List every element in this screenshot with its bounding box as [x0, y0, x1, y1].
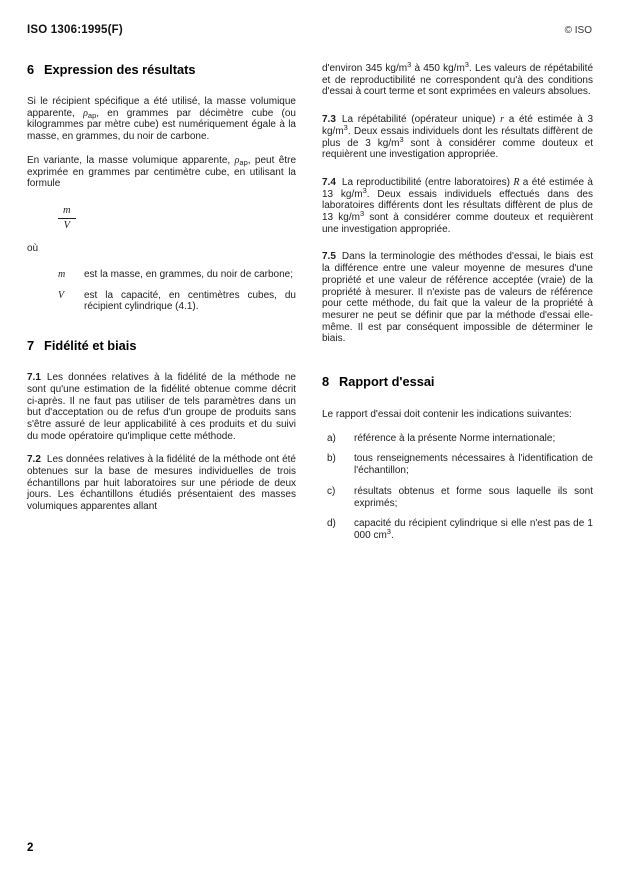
paragraph-6-2: En variante, la masse volumique apparent…: [27, 155, 296, 190]
formula-m-over-v: m V: [58, 205, 296, 231]
list-item-text: résultats obtenus et forme sous laquelle…: [354, 486, 593, 509]
list-item-text: tous renseignements nécessaires à l'iden…: [354, 453, 593, 476]
list-item-label: a): [327, 433, 354, 445]
fraction-numerator: m: [58, 205, 76, 219]
definition-v: V est la capacité, en centimètres cubes,…: [27, 290, 296, 313]
section-title: Rapport d'essai: [339, 374, 435, 389]
left-column: 6Expression des résultats Si le récipien…: [27, 63, 296, 525]
definition-m: m est la masse, en grammes, du noir de c…: [27, 269, 296, 281]
section-number: 6: [27, 63, 44, 77]
paragraph-7-4: 7.4La reproductibilité (entre laboratoir…: [322, 177, 593, 236]
paragraph-7-2: 7.2Les données relatives à la fidélité d…: [27, 454, 296, 513]
list-item-text: référence à la présente Norme internatio…: [354, 433, 593, 445]
section-title: Expression des résultats: [44, 62, 196, 77]
paragraph-7-1: 7.1Les données relatives à la fidélité d…: [27, 372, 296, 442]
paragraph-7-2-continuation: d'environ 345 kg/m3 à 450 kg/m3. Les val…: [322, 63, 593, 98]
report-item-a: a) référence à la présente Norme interna…: [322, 433, 593, 445]
report-item-b: b) tous renseignements nécessaires à l'i…: [322, 453, 593, 476]
section-number: 8: [322, 375, 339, 389]
definition-term: V: [58, 290, 84, 313]
report-intro: Le rapport d'essai doit contenir les ind…: [322, 409, 593, 421]
section-7-heading: 7Fidélité et biais: [27, 339, 296, 353]
where-label: où: [27, 243, 296, 255]
right-column: d'environ 345 kg/m3 à 450 kg/m3. Les val…: [322, 63, 593, 551]
fraction: m V: [58, 205, 76, 231]
document-reference: ISO 1306:1995(F): [27, 24, 123, 36]
copyright-notice: © ISO: [565, 25, 592, 36]
document-page: ISO 1306:1995(F) © ISO 6Expression des r…: [0, 0, 619, 876]
section-8-heading: 8Rapport d'essai: [322, 375, 593, 389]
list-item-label: b): [327, 453, 354, 476]
report-item-c: c) résultats obtenus et forme sous laque…: [322, 486, 593, 509]
report-item-d: d) capacité du récipient cylindrique si …: [322, 518, 593, 541]
paragraph-6-1: Si le récipient spécifique a été utilisé…: [27, 96, 296, 143]
paragraph-7-3: 7.3La répétabilité (opérateur unique) r …: [322, 114, 593, 161]
paragraph-7-5: 7.5Dans la terminologie des méthodes d'e…: [322, 251, 593, 345]
section-title: Fidélité et biais: [44, 338, 136, 353]
fraction-denominator: V: [58, 219, 76, 232]
section-6-heading: 6Expression des résultats: [27, 63, 296, 77]
list-item-text: capacité du récipient cylindrique si ell…: [354, 518, 593, 541]
definition-text: est la capacité, en centimètres cubes, d…: [84, 290, 296, 313]
page-number: 2: [27, 842, 33, 854]
definition-term: m: [58, 269, 84, 281]
list-item-label: d): [327, 518, 354, 541]
definition-text: est la masse, en grammes, du noir de car…: [84, 269, 296, 281]
page-header: ISO 1306:1995(F) © ISO: [27, 24, 592, 36]
section-number: 7: [27, 339, 44, 353]
list-item-label: c): [327, 486, 354, 509]
